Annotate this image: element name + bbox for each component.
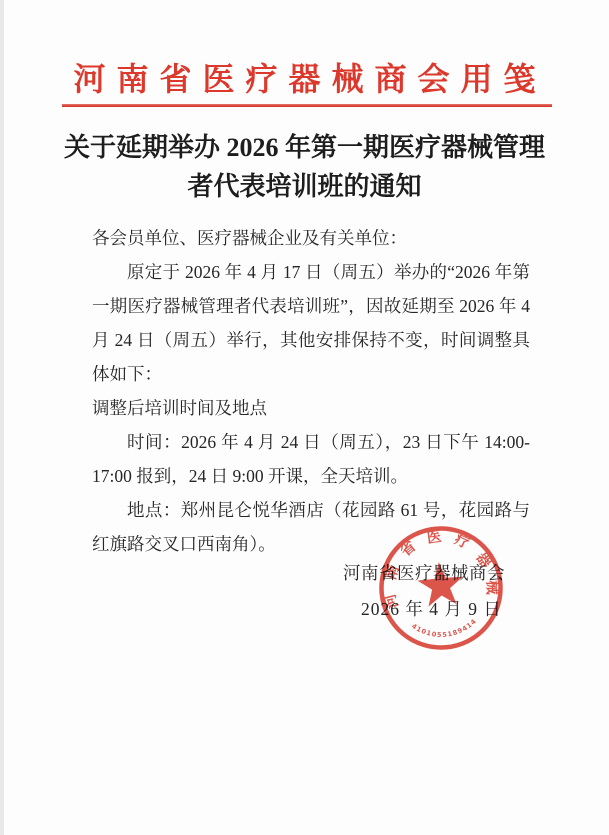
letterhead-title: 河南省医疗器械商会用笺 — [0, 54, 609, 100]
scan-edge-shadow — [0, 0, 4, 835]
paragraph-section-heading: 调整后培训时间及地点 — [92, 391, 530, 425]
notice-title-line2: 者代表培训班的通知 — [0, 167, 609, 206]
letterhead-divider-rule — [62, 104, 552, 107]
notice-title-line1: 关于延期举办 2026 年第一期医疗器械管理 — [0, 128, 609, 167]
salutation: 各会员单位、医疗器械企业及有关单位： — [92, 221, 530, 255]
signature-organization: 河南省医疗器械商会 — [343, 560, 505, 585]
signature-date: 2026 年 4 月 9 日 — [361, 596, 502, 621]
paragraph-location: 地点：郑州昆仑悦华酒店（花园路 61 号，花园路与红旗路交叉口西南角）。 — [92, 493, 530, 561]
notice-body: 各会员单位、医疗器械企业及有关单位： 原定于 2026 年 4 月 17 日（周… — [92, 221, 530, 561]
notice-title: 关于延期举办 2026 年第一期医疗器械管理 者代表培训班的通知 — [0, 128, 609, 206]
notice-document-page: 河南省医疗器械商会用笺 关于延期举办 2026 年第一期医疗器械管理 者代表培训… — [0, 0, 609, 835]
paragraph-postponement: 原定于 2026 年 4 月 17 日（周五）举办的“2026 年第一期医疗器械… — [92, 255, 530, 391]
paragraph-time: 时间：2026 年 4 月 24 日（周五），23 日下午 14:00-17:0… — [92, 425, 530, 493]
